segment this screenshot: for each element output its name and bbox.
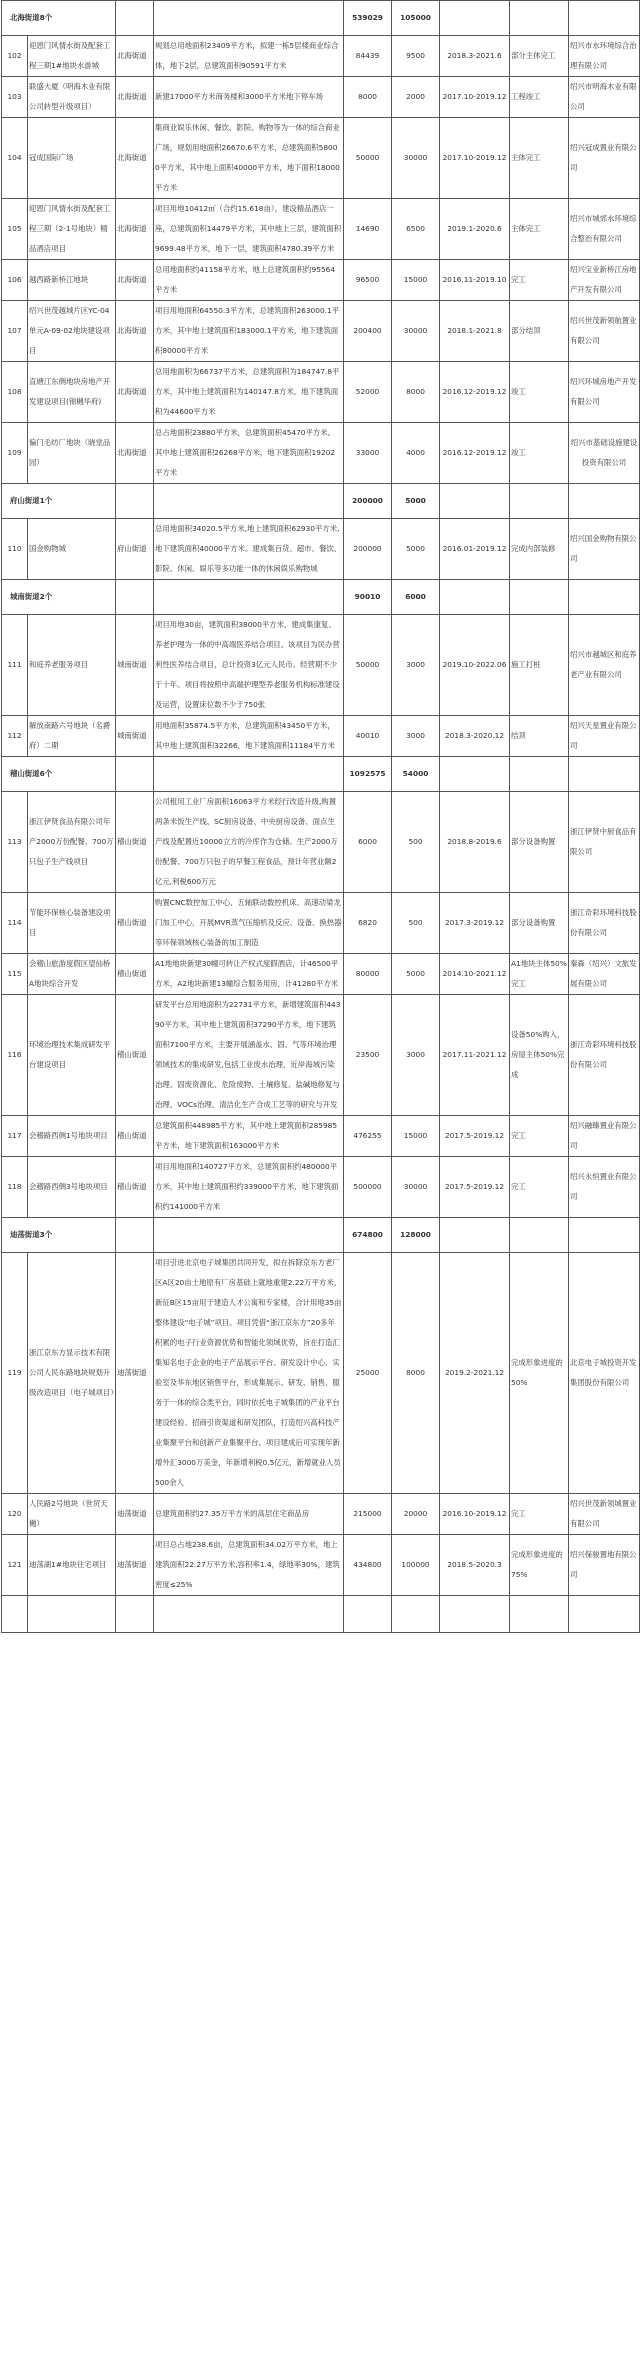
project-total-investment: 50000 [344, 615, 392, 716]
project-name: 迎恩门风情水街及配套工程三期（2-1号地块）精品酒店项目 [28, 199, 116, 260]
project-owner: 绍兴世茂新领城置业有限公司 [569, 1494, 640, 1535]
project-progress: 部分主体完工 [510, 36, 569, 77]
empty-cell [154, 757, 344, 792]
project-number: 116 [2, 995, 28, 1116]
project-content: 总建筑面积448985平方米，其中地上建筑面积285985平方米，地下建筑面积1… [154, 1116, 344, 1157]
project-annual-plan: 20000 [392, 1494, 440, 1535]
project-annual-plan: 5000 [392, 519, 440, 580]
table-row: 105迎恩门风情水街及配套工程三期（2-1号地块）精品酒店项目北海街道项目用地1… [2, 199, 640, 260]
project-progress: 竣工 [510, 423, 569, 484]
project-period: 2018.3-2021.6 [440, 36, 510, 77]
project-number: 119 [2, 1253, 28, 1494]
project-period: 2018.8-2019.6 [440, 792, 510, 893]
project-street: 迪荡街道 [116, 1494, 154, 1535]
section-summary-row: 迪荡街道3个674800128000 [2, 1218, 640, 1253]
project-annual-plan: 2000 [392, 77, 440, 118]
project-period: 2017.10-2019.12 [440, 118, 510, 199]
project-name: 直塘江东侧地块房地产开发建设项目(锦樾华府) [28, 362, 116, 423]
project-progress: 部分结顶 [510, 301, 569, 362]
project-total-investment: 96500 [344, 260, 392, 301]
project-period: 2018.5-2020.3 [440, 1535, 510, 1596]
empty-cell [154, 1218, 344, 1253]
project-total-investment: 6000 [344, 792, 392, 893]
project-number: 112 [2, 716, 28, 757]
project-total-investment: 33000 [344, 423, 392, 484]
project-period: 2019.2-2021.12 [440, 1253, 510, 1494]
empty-cell [510, 757, 569, 792]
project-progress: 完成内部装修 [510, 519, 569, 580]
empty-cell [440, 484, 510, 519]
project-progress: 完工 [510, 1116, 569, 1157]
table-row: 109偏门毛纺厂地块（晓堂品园）北海街道总占地面积23880平方米，总建筑面积4… [2, 423, 640, 484]
project-street: 城南街道 [116, 716, 154, 757]
empty-cell [28, 1596, 116, 1633]
project-progress: 主体完工 [510, 199, 569, 260]
project-street: 北海街道 [116, 199, 154, 260]
project-progress: 部分设备购置 [510, 893, 569, 954]
project-street: 北海街道 [116, 362, 154, 423]
project-owner: 绍兴冠成置业有限公司 [569, 118, 640, 199]
empty-cell [392, 1596, 440, 1633]
project-name: 会稽路西侧1号地块项目 [28, 1116, 116, 1157]
table-row: 117会稽路西侧1号地块项目稽山街道总建筑面积448985平方米，其中地上建筑面… [2, 1116, 640, 1157]
project-street: 稽山街道 [116, 995, 154, 1116]
project-period: 2017.10-2019.12 [440, 77, 510, 118]
project-progress: 设备50%购入，房屋主体50%完成 [510, 995, 569, 1116]
project-progress: 完成形象进度的50% [510, 1253, 569, 1494]
project-number: 106 [2, 260, 28, 301]
project-street: 府山街道 [116, 519, 154, 580]
empty-cell [510, 1596, 569, 1633]
table-row: 112解放南路六号地块（名爵府）二期城南街道用地面积35874.5平方米，总建筑… [2, 716, 640, 757]
table-row: 111和庭养老服务项目城南街道项目用地30亩，建筑面积38000平方米，建成集康… [2, 615, 640, 716]
project-period: 2018.3-2020.12 [440, 716, 510, 757]
table-row: 114节能环保核心装备建设项目稽山街道购置CNC数控加工中心、五轴联动数控机床、… [2, 893, 640, 954]
project-content: 新建17000平方米商务楼和3000平方米地下停车场 [154, 77, 344, 118]
table-row: 102迎恩门风情水街及配套工程三期1#地块水游城北海街道规划总用地面积23409… [2, 36, 640, 77]
project-annual-plan: 8000 [392, 362, 440, 423]
table-row: 120人民路2号地块（世贸天樾）迪荡街道总建筑面积约27.35万平方米的高层住宅… [2, 1494, 640, 1535]
project-total-investment: 25000 [344, 1253, 392, 1494]
project-progress: 完成形象进度的75% [510, 1535, 569, 1596]
empty-cell [440, 580, 510, 615]
project-number: 111 [2, 615, 28, 716]
project-number: 105 [2, 199, 28, 260]
project-street: 北海街道 [116, 423, 154, 484]
empty-cell [154, 1596, 344, 1633]
project-content: 项目总占地238.6亩，总建筑面积34.02万平方米，地上建筑面积22.27万平… [154, 1535, 344, 1596]
section-label: 稽山街道6个 [2, 757, 116, 792]
project-total-investment: 23500 [344, 995, 392, 1116]
project-street: 稽山街道 [116, 1157, 154, 1218]
project-name: 浙江伊贤食品有限公司年产2000万份配餐、700万只包子生产线项目 [28, 792, 116, 893]
empty-cell [440, 1218, 510, 1253]
table-row: 106越西路新桥江地块北海街道总用地面积约41158平方米，地上总建筑面积约95… [2, 260, 640, 301]
project-period: 2016.12-2019.12 [440, 423, 510, 484]
project-number: 113 [2, 792, 28, 893]
project-content: A1地地块新建30幢可转让产权式度假酒店，计46500平方米，A2地块新建13幢… [154, 954, 344, 995]
project-owner: 绍兴市水环境综合治理有限公司 [569, 36, 640, 77]
project-street: 稽山街道 [116, 954, 154, 995]
empty-cell [154, 1, 344, 36]
project-name: 迎恩门风情水街及配套工程三期1#地块水游城 [28, 36, 116, 77]
project-total-investment: 500000 [344, 1157, 392, 1218]
project-content: 集商业娱乐休闲、餐饮、影院、购物等为一体的综合商业广场，规划用地面积26670.… [154, 118, 344, 199]
project-name: 和庭养老服务项目 [28, 615, 116, 716]
project-number: 108 [2, 362, 28, 423]
project-number: 102 [2, 36, 28, 77]
project-annual-plan: 9500 [392, 36, 440, 77]
project-content: 总用地面积为66737平方米，总建筑面积为184747.8平方米，其中地上建筑面… [154, 362, 344, 423]
section-annual-plan: 54000 [392, 757, 440, 792]
empty-cell [116, 1, 154, 36]
project-total-investment: 6820 [344, 893, 392, 954]
section-total-investment: 539029 [344, 1, 392, 36]
project-progress: 部分设备购置 [510, 792, 569, 893]
project-owner: 绍兴国金购物有限公司 [569, 519, 640, 580]
project-name: 联盛大厦（明海木业有限公司转型升级项目） [28, 77, 116, 118]
project-street: 迪荡街道 [116, 1535, 154, 1596]
project-street: 北海街道 [116, 77, 154, 118]
project-annual-plan: 15000 [392, 260, 440, 301]
empty-cell [440, 1596, 510, 1633]
project-owner: 绍兴市城郊水环境综合整治有限公司 [569, 199, 640, 260]
section-total-investment: 1092575 [344, 757, 392, 792]
project-table: 北海街道8个539029105000102迎恩门风情水街及配套工程三期1#地块水… [1, 0, 640, 1633]
project-progress: 完工 [510, 260, 569, 301]
project-owner: 绍兴宝业新桥江房地产开发有限公司 [569, 260, 640, 301]
project-number: 117 [2, 1116, 28, 1157]
project-owner: 绍兴世茂新领航置业有限公司 [569, 301, 640, 362]
section-summary-row: 府山街道1个2000005000 [2, 484, 640, 519]
project-owner: 秦森（绍兴）文旅发展有限公司 [569, 954, 640, 995]
project-total-investment: 80000 [344, 954, 392, 995]
section-annual-plan: 128000 [392, 1218, 440, 1253]
project-period: 2016.01-2019.12 [440, 519, 510, 580]
table-row: 116环境治理技术集成研发平台建设项目稽山街道研发平台总用地面积为22731平方… [2, 995, 640, 1116]
table-row: 103联盛大厦（明海木业有限公司转型升级项目）北海街道新建17000平方米商务楼… [2, 77, 640, 118]
project-content: 研发平台总用地面积为22731平方米，新增建筑面积44390平方米，其中地上建筑… [154, 995, 344, 1116]
project-total-investment: 52000 [344, 362, 392, 423]
project-total-investment: 200400 [344, 301, 392, 362]
project-progress: 竣工 [510, 362, 569, 423]
empty-cell [440, 1, 510, 36]
project-period: 2019.10-2022.06 [440, 615, 510, 716]
project-period: 2019.1-2020.6 [440, 199, 510, 260]
project-progress: 结顶 [510, 716, 569, 757]
project-name: 迪荡湖1#地块住宅项目 [28, 1535, 116, 1596]
project-owner: 绍兴永恒置业有限公司 [569, 1157, 640, 1218]
table-row: 119浙江京东方显示技术有限公司人民东路地块规划升级改造项目（电子城项目）迪荡街… [2, 1253, 640, 1494]
project-annual-plan: 500 [392, 792, 440, 893]
empty-cell [569, 484, 640, 519]
project-progress: 主体完工 [510, 118, 569, 199]
empty-cell [510, 580, 569, 615]
project-annual-plan: 8000 [392, 1253, 440, 1494]
empty-cell [440, 757, 510, 792]
project-progress: 工程竣工 [510, 77, 569, 118]
section-annual-plan: 5000 [392, 484, 440, 519]
project-content: 项目用地面积64550.3平方米，总建筑面积263000.1平方米，其中地上建筑… [154, 301, 344, 362]
table-row: 115会稽山旅游度假区望仙桥A地块综合开发稽山街道A1地地块新建30幢可转让产权… [2, 954, 640, 995]
project-owner: 浙江奇彩环境科技股份有限公司 [569, 995, 640, 1116]
project-period: 2016.11-2019.10 [440, 260, 510, 301]
section-total-investment: 200000 [344, 484, 392, 519]
project-period: 2017.11-2021.12 [440, 995, 510, 1116]
project-number: 118 [2, 1157, 28, 1218]
project-annual-plan: 3000 [392, 995, 440, 1116]
project-number: 110 [2, 519, 28, 580]
project-number: 104 [2, 118, 28, 199]
project-number: 109 [2, 423, 28, 484]
project-street: 城南街道 [116, 615, 154, 716]
project-number: 121 [2, 1535, 28, 1596]
project-content: 总用地面积约41158平方米，地上总建筑面积约95564平方米 [154, 260, 344, 301]
project-period: 2017.5-2019.12 [440, 1116, 510, 1157]
project-progress: 完工 [510, 1157, 569, 1218]
empty-cell [569, 1596, 640, 1633]
project-street: 迪荡街道 [116, 1253, 154, 1494]
project-owner: 绍兴市明海木业有限公司 [569, 77, 640, 118]
project-name: 国金购物城 [28, 519, 116, 580]
project-period: 2017.5-2019.12 [440, 1157, 510, 1218]
empty-cell [116, 1218, 154, 1253]
section-annual-plan: 6000 [392, 580, 440, 615]
section-total-investment: 674800 [344, 1218, 392, 1253]
table-row: 118会稽路西侧3号地块项目稽山街道项目用地面积140727平方米，总建筑面积约… [2, 1157, 640, 1218]
empty-cell [344, 1596, 392, 1633]
project-content: 项目用地面积140727平方米，总建筑面积约480000平方米，其中地上建筑面积… [154, 1157, 344, 1218]
project-total-investment: 434800 [344, 1535, 392, 1596]
project-street: 稽山街道 [116, 792, 154, 893]
empty-cell [569, 1218, 640, 1253]
project-content: 总占地面积23880平方米，总建筑面积45470平方米。其中地上建筑面积2626… [154, 423, 344, 484]
section-label: 城南街道2个 [2, 580, 116, 615]
section-total-investment: 90010 [344, 580, 392, 615]
project-street: 北海街道 [116, 301, 154, 362]
empty-cell [569, 757, 640, 792]
project-content: 用地面积35874.5平方米，总建筑面积43450平方米，其中地上建筑面积322… [154, 716, 344, 757]
project-name: 浙江京东方显示技术有限公司人民东路地块规划升级改造项目（电子城项目） [28, 1253, 116, 1494]
table-row: 104冠成国际广场北海街道集商业娱乐休闲、餐饮、影院、购物等为一体的综合商业广场… [2, 118, 640, 199]
project-annual-plan: 5000 [392, 954, 440, 995]
table-row: 121迪荡湖1#地块住宅项目迪荡街道项目总占地238.6亩，总建筑面积34.02… [2, 1535, 640, 1596]
section-summary-row: 城南街道2个900106000 [2, 580, 640, 615]
project-name: 解放南路六号地块（名爵府）二期 [28, 716, 116, 757]
table-row: 110国金购物城府山街道总用地面积34020.5平方米,地上建筑面积62930平… [2, 519, 640, 580]
project-total-investment: 84439 [344, 36, 392, 77]
project-owner: 北京电子城投资开发集团股份有限公司 [569, 1253, 640, 1494]
project-annual-plan: 3000 [392, 615, 440, 716]
section-label: 迪荡街道3个 [2, 1218, 116, 1253]
project-name: 会稽路西侧3号地块项目 [28, 1157, 116, 1218]
project-owner: 绍兴保骏置地有限公司 [569, 1535, 640, 1596]
project-period: 2016.12-2019.12 [440, 362, 510, 423]
project-annual-plan: 4000 [392, 423, 440, 484]
empty-cell [116, 757, 154, 792]
table-row: 107绍兴世茂越城片区YC-04单元A-09-02地块建设项目北海街道项目用地面… [2, 301, 640, 362]
empty-cell [154, 580, 344, 615]
project-total-investment: 50000 [344, 118, 392, 199]
project-period: 2014.10-2021.12 [440, 954, 510, 995]
project-owner: 浙江奇彩环境科技股份有限公司 [569, 893, 640, 954]
project-content: 项目用地30亩，建筑面积38000平方米，建成集康复、养老护理为一体的中高端医养… [154, 615, 344, 716]
section-annual-plan: 105000 [392, 1, 440, 36]
empty-cell [569, 580, 640, 615]
project-number: 115 [2, 954, 28, 995]
project-annual-plan: 30000 [392, 301, 440, 362]
project-name: 环境治理技术集成研发平台建设项目 [28, 995, 116, 1116]
project-owner: 绍兴市越城区和庭养老产业有限公司 [569, 615, 640, 716]
project-annual-plan: 30000 [392, 118, 440, 199]
project-period: 2017.3-2019.12 [440, 893, 510, 954]
empty-cell [510, 484, 569, 519]
empty-cell [569, 1, 640, 36]
project-name: 节能环保核心装备建设项目 [28, 893, 116, 954]
project-street: 北海街道 [116, 118, 154, 199]
project-annual-plan: 6500 [392, 199, 440, 260]
project-number: 103 [2, 77, 28, 118]
project-table-body: 北海街道8个539029105000102迎恩门风情水街及配套工程三期1#地块水… [2, 1, 640, 1633]
section-label: 府山街道1个 [2, 484, 116, 519]
project-total-investment: 14690 [344, 199, 392, 260]
project-name: 偏门毛纺厂地块（晓堂品园） [28, 423, 116, 484]
empty-cell [116, 580, 154, 615]
empty-cell [116, 1596, 154, 1633]
project-total-investment: 40010 [344, 716, 392, 757]
project-content: 项目用地10412㎡（合约15.618亩），建设精品酒店一座，总建筑面积1447… [154, 199, 344, 260]
project-street: 北海街道 [116, 36, 154, 77]
project-content: 购置CNC数控加工中心、五轴联动数控机床、高速动梁龙门加工中心，开展MVR蒸气压… [154, 893, 344, 954]
project-name: 冠成国际广场 [28, 118, 116, 199]
table-row: 113浙江伊贤食品有限公司年产2000万份配餐、700万只包子生产线项目稽山街道… [2, 792, 640, 893]
project-content: 总建筑面积约27.35万平方米的高层住宅商品房 [154, 1494, 344, 1535]
blank-row [2, 1596, 640, 1633]
table-row: 108直塘江东侧地块房地产开发建设项目(锦樾华府)北海街道总用地面积为66737… [2, 362, 640, 423]
project-number: 120 [2, 1494, 28, 1535]
project-annual-plan: 100000 [392, 1535, 440, 1596]
empty-cell [154, 484, 344, 519]
project-number: 107 [2, 301, 28, 362]
project-content: 总用地面积34020.5平方米,地上建筑面积62930平方米,地下建筑面积400… [154, 519, 344, 580]
project-name: 绍兴世茂越城片区YC-04单元A-09-02地块建设项目 [28, 301, 116, 362]
project-progress: 施工打桩 [510, 615, 569, 716]
project-street: 北海街道 [116, 260, 154, 301]
project-name: 人民路2号地块（世贸天樾） [28, 1494, 116, 1535]
project-owner: 绍兴市基础设施建设投资有限公司 [569, 423, 640, 484]
project-owner: 浙江伊贤中厨食品有限公司 [569, 792, 640, 893]
project-street: 稽山街道 [116, 1116, 154, 1157]
project-number: 114 [2, 893, 28, 954]
project-total-investment: 200000 [344, 519, 392, 580]
project-content: 公司租用工业厂房面积16063平方米经行改造升级,购置两条米饭生产线、SC厨房设… [154, 792, 344, 893]
project-annual-plan: 30000 [392, 1157, 440, 1218]
project-owner: 绍兴环城房地产开发有限公司 [569, 362, 640, 423]
project-total-investment: 476255 [344, 1116, 392, 1157]
project-progress: A1地块主体50%完工 [510, 954, 569, 995]
empty-cell [510, 1218, 569, 1253]
project-total-investment: 215000 [344, 1494, 392, 1535]
project-period: 2018.1-2021.8 [440, 301, 510, 362]
project-progress: 完工 [510, 1494, 569, 1535]
empty-cell [2, 1596, 28, 1633]
project-annual-plan: 15000 [392, 1116, 440, 1157]
project-name: 越西路新桥江地块 [28, 260, 116, 301]
project-street: 稽山街道 [116, 893, 154, 954]
project-name: 会稽山旅游度假区望仙桥A地块综合开发 [28, 954, 116, 995]
project-period: 2016.10-2019.12 [440, 1494, 510, 1535]
project-owner: 绍兴融臻置业有限公司 [569, 1116, 640, 1157]
section-summary-row: 稽山街道6个109257554000 [2, 757, 640, 792]
project-owner: 绍兴天星置业有限公司 [569, 716, 640, 757]
project-content: 规划总用地面积23409平方米，拟建一栋5层楼商业综合体，地下2层，总建筑面积9… [154, 36, 344, 77]
project-content: 项目引进北京电子城集团共同开发，拟在拆除京东方老厂区A区20亩土地原有厂房基础上… [154, 1253, 344, 1494]
project-total-investment: 8000 [344, 77, 392, 118]
project-annual-plan: 500 [392, 893, 440, 954]
section-label: 北海街道8个 [2, 1, 116, 36]
empty-cell [116, 484, 154, 519]
section-summary-row: 北海街道8个539029105000 [2, 1, 640, 36]
project-annual-plan: 3000 [392, 716, 440, 757]
empty-cell [510, 1, 569, 36]
